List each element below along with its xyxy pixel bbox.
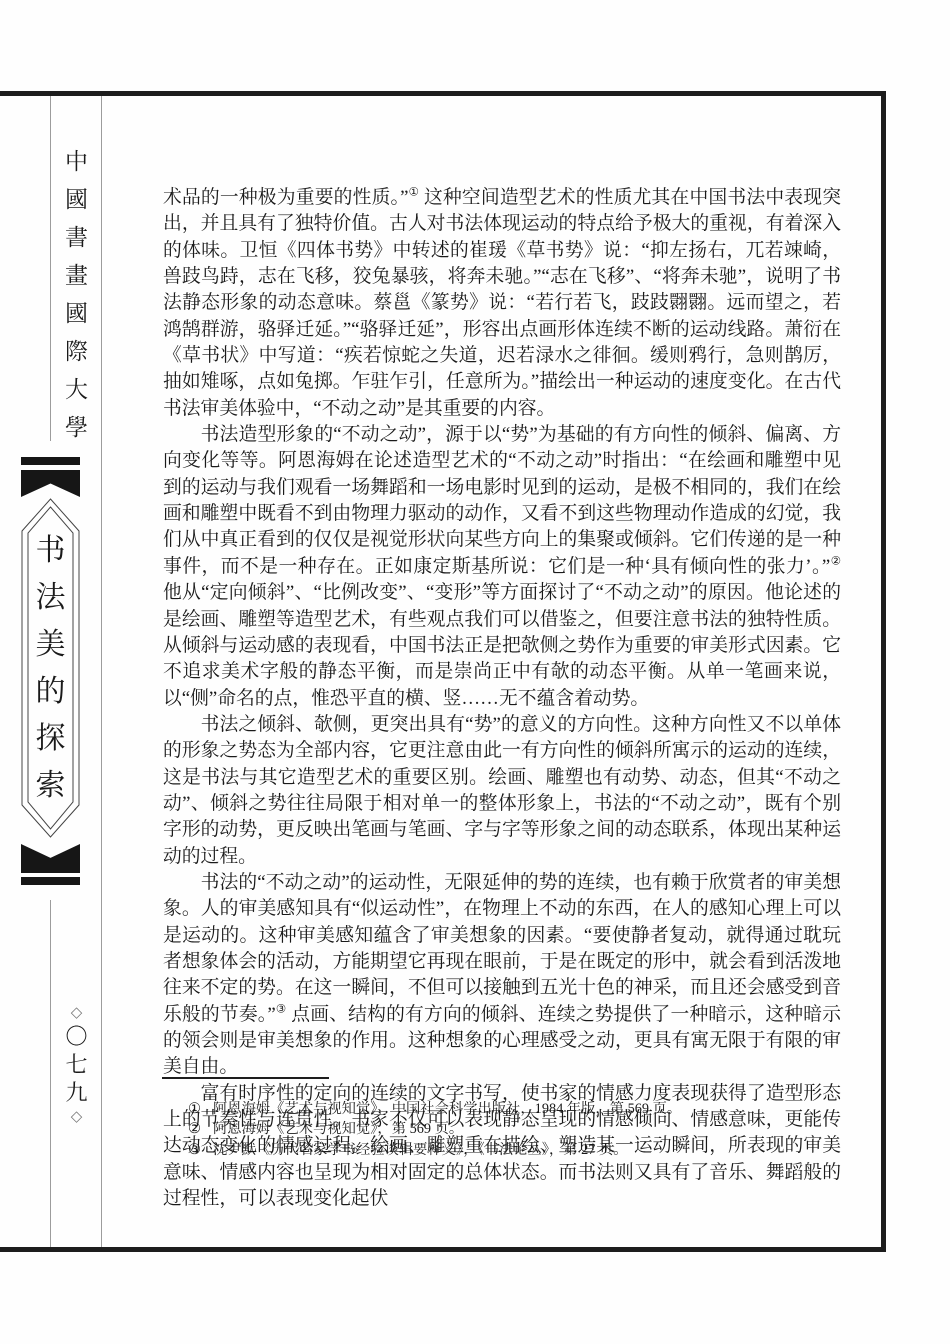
- banner-top-bar: [21, 457, 80, 465]
- paragraph: 术品的一种极为重要的性质。”① 这种空间造型艺术的性质尤其在中国书法中表现突出，…: [163, 185, 841, 422]
- footnote-marker: ③: [188, 1140, 213, 1160]
- vertical-char: 書: [65, 226, 88, 249]
- vertical-char: 〇: [65, 1025, 87, 1049]
- frame-top-border: [0, 91, 886, 96]
- footnote-ref: ①: [408, 187, 419, 199]
- university-label: 中國書畫國際大學: [62, 150, 91, 439]
- column-rule-left-upper: [50, 96, 51, 441]
- vertical-char: 七: [65, 1053, 87, 1077]
- vertical-char: 美: [36, 630, 66, 660]
- footnote-marker: ②: [188, 1119, 213, 1139]
- column-rule-inner: [101, 96, 102, 1247]
- footnote-text: 阿恩海姆《艺术与视知觉》，中国社会科学出版社，1984 年版，第 569 页。: [213, 1099, 841, 1119]
- diamond-ornament-bottom: ◇: [71, 1110, 83, 1125]
- footnote-text: 阿恩海姆《艺术与视知觉》，第 569 页。: [213, 1119, 841, 1139]
- vertical-char: 书: [36, 536, 66, 566]
- book-page: 中國書畫國際大學 书法美的探索 ◇ 〇七九 ◇ 术品的一种极为重要的性质。”① …: [0, 0, 950, 1344]
- banner-bottom-bar: [21, 877, 80, 885]
- footnote-ref: ②: [830, 556, 841, 568]
- book-title-text: 书法美的探索: [21, 498, 80, 838]
- page-number: ◇ 〇七九 ◇: [62, 1006, 91, 1125]
- column-rule-left-lower: [50, 900, 51, 1247]
- page-number-digits: 〇七九: [65, 1025, 87, 1106]
- vertical-char: 九: [65, 1081, 87, 1105]
- vertical-char: 學: [65, 416, 88, 439]
- banner-top-ribbon: [21, 470, 80, 497]
- paragraph: 书法造型形象的“不动之动”，源于以“势”为基础的有方向性的倾斜、偏离、方向变化等…: [163, 422, 841, 712]
- footnote: ②阿恩海姆《艺术与视知觉》，第 569 页。: [163, 1119, 841, 1139]
- body-text: 术品的一种极为重要的性质。”① 这种空间造型艺术的性质尤其在中国书法中表现突出，…: [163, 185, 841, 1212]
- frame-right-border: [881, 91, 886, 1252]
- footnote-ref: ③: [276, 1003, 287, 1015]
- footnote: ③沈尹默《历代名家学书经验谈辑要释义》，《书法论丛》，第 27 页。: [163, 1140, 841, 1160]
- diamond-ornament-top: ◇: [71, 1006, 83, 1021]
- banner-bottom-ribbon: [21, 844, 80, 873]
- footnote-text: 沈尹默《历代名家学书经验谈辑要释义》，《书法论丛》，第 27 页。: [213, 1140, 841, 1160]
- footnote: ①阿恩海姆《艺术与视知觉》，中国社会科学出版社，1984 年版，第 569 页。: [163, 1099, 841, 1119]
- vertical-char: 索: [36, 771, 66, 801]
- footnote-separator: [162, 1077, 329, 1079]
- footnote-marker: ①: [188, 1099, 213, 1119]
- vertical-char: 的: [36, 677, 66, 707]
- book-title-banner: 书法美的探索: [21, 457, 80, 885]
- vertical-char: 際: [65, 340, 88, 363]
- vertical-char: 中: [65, 150, 88, 173]
- vertical-char: 探: [36, 724, 66, 754]
- footnote-list: ①阿恩海姆《艺术与视知觉》，中国社会科学出版社，1984 年版，第 569 页。…: [163, 1099, 841, 1160]
- paragraph: 书法之倾斜、欹侧，更突出具有“势”的意义的方向性。这种方向性又不以单体的形象之势…: [163, 712, 841, 870]
- vertical-char: 大: [65, 378, 88, 401]
- vertical-char: 法: [36, 583, 66, 613]
- vertical-char: 國: [65, 188, 88, 211]
- frame-bottom-border: [0, 1247, 886, 1252]
- vertical-char: 國: [65, 302, 88, 325]
- vertical-char: 畫: [65, 264, 88, 287]
- paragraph: 书法的“不动之动”的运动性，无限延伸的势的连续，也有赖于欣赏者的审美想象。人的审…: [163, 870, 841, 1081]
